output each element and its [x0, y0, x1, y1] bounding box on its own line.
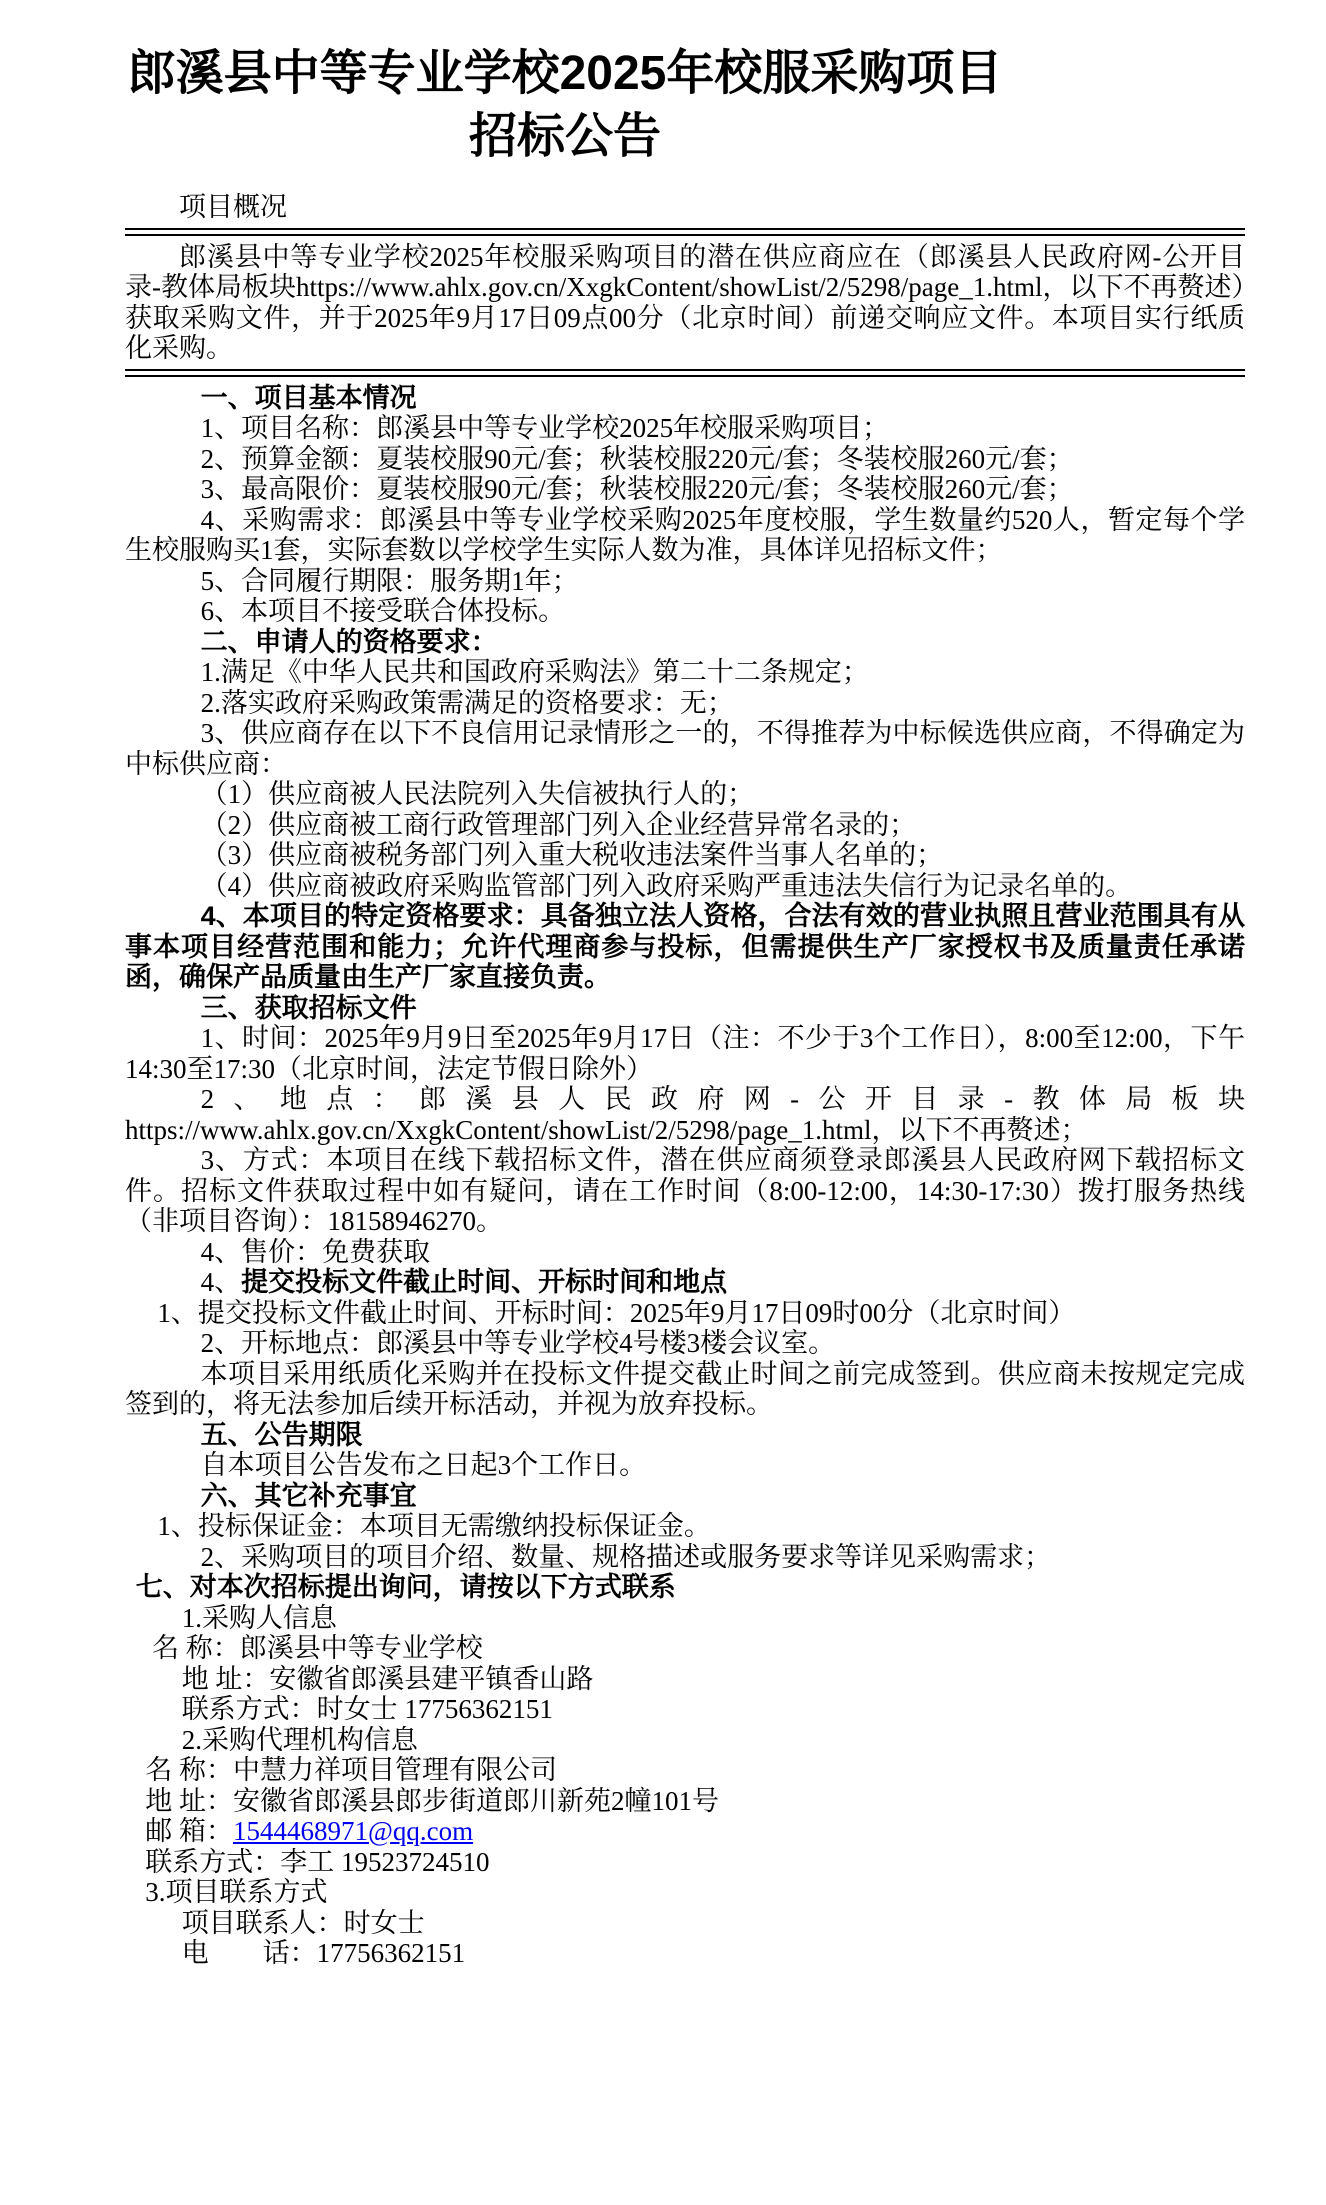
text-line: 4、售价：免费获取 — [125, 1237, 1245, 1268]
text-line: 3、供应商存在以下不良信用记录情形之一的，不得推荐为中标候选供应商，不得确定为中… — [125, 718, 1245, 779]
text-line: 项目联系人：时女士 — [125, 1908, 1245, 1939]
section-heading: 七、对本次招标提出询问，请按以下方式联系 — [125, 1572, 1245, 1603]
section-heading: 4、本项目的特定资格要求：具备独立法人资格，合法有效的营业执照且营业范围具有从事… — [125, 901, 1245, 993]
section-heading: 4、提交投标文件截止时间、开标时间和地点 — [125, 1267, 1245, 1298]
text-line: 2.落实政府采购政策需满足的资格要求：无； — [125, 688, 1245, 719]
text-line: （4）供应商被政府采购监管部门列入政府采购严重违法失信行为记录名单的。 — [125, 871, 1245, 902]
text-line: 3、方式：本项目在线下载招标文件，潜在供应商须登录郎溪县人民政府网下载招标文件。… — [125, 1145, 1245, 1237]
text-line: （3）供应商被税务部门列入重大税收违法案件当事人名单的； — [125, 840, 1245, 871]
section-heading: 六、其它补充事宜 — [125, 1481, 1245, 1512]
text-line: 1、提交投标文件截止时间、开标时间：2025年9月17日09时00分（北京时间） — [125, 1298, 1245, 1329]
text-line: 电 话：17756362151 — [125, 1938, 1245, 1969]
text-line: 自本项目公告发布之日起3个工作日。 — [125, 1450, 1245, 1481]
text-line: 2.采购代理机构信息 — [125, 1725, 1245, 1756]
document-title: 郎溪县中等专业学校2025年校服采购项目 招标公告 — [125, 42, 1005, 168]
email-label: 邮 箱： — [145, 1816, 233, 1846]
text-line: 2、地点：郎溪县人民政府网-公开目录-教体局板块 https://www.ahl… — [125, 1084, 1245, 1145]
announcement-document: 郎溪县中等专业学校2025年校服采购项目 招标公告 项目概况 郎溪县中等专业学校… — [0, 0, 1326, 2205]
text-line: 2、预算金额：夏装校服90元/套；秋装校服220元/套；冬装校服260元/套； — [125, 444, 1245, 475]
text-line: 3、最高限价：夏装校服90元/套；秋装校服220元/套；冬装校服260元/套； — [125, 474, 1245, 505]
overview-label: 项目概况 — [125, 192, 1245, 223]
text-line: 地 址：安徽省郎溪县建平镇香山路 — [125, 1664, 1245, 1695]
text-line: 3.项目联系方式 — [125, 1877, 1245, 1908]
overview-paragraph: 郎溪县中等专业学校2025年校服采购项目的潜在供应商应在（郎溪县人民政府网-公开… — [125, 242, 1245, 364]
document-title-line1: 郎溪县中等专业学校2025年校服采购项目 — [125, 42, 1005, 105]
text-line: 1、时间：2025年9月9日至2025年9月17日（注：不少于3个工作日），8:… — [125, 1023, 1245, 1084]
text-line: （1）供应商被人民法院列入失信被执行人的； — [125, 779, 1245, 810]
text-line: 邮 箱：1544468971@qq.com — [125, 1816, 1245, 1847]
text-line: 1.采购人信息 — [125, 1603, 1245, 1634]
text-line: 本项目采用纸质化采购并在投标文件提交截止时间之前完成签到。供应商未按规定完成签到… — [125, 1359, 1245, 1420]
email-link[interactable]: 1544468971@qq.com — [233, 1816, 473, 1846]
section-heading: 五、公告期限 — [125, 1420, 1245, 1451]
text-line: 4、采购需求：郎溪县中等专业学校采购2025年度校服，学生数量约520人，暂定每… — [125, 505, 1245, 566]
section-heading: 三、获取招标文件 — [125, 993, 1245, 1024]
text-line: 2、开标地点：郎溪县中等专业学校4号楼3楼会议室。 — [125, 1328, 1245, 1359]
text-line: 5、合同履行期限：服务期1年； — [125, 566, 1245, 597]
text-line: 1、项目名称：郎溪县中等专业学校2025年校服采购项目； — [125, 413, 1245, 444]
section-heading: 二、申请人的资格要求： — [125, 627, 1245, 658]
document-title-line2: 招标公告 — [125, 105, 1005, 168]
text-line: 地 址：安徽省郎溪县郎步街道郎川新苑2幢101号 — [125, 1786, 1245, 1817]
text-line: 6、本项目不接受联合体投标。 — [125, 596, 1245, 627]
text-line: 名 称：中慧力祥项目管理有限公司 — [125, 1755, 1245, 1786]
heading-text: 提交投标文件截止时间、开标时间和地点 — [241, 1267, 727, 1297]
text-line: 名 称：郎溪县中等专业学校 — [125, 1633, 1245, 1664]
text-line: 联系方式：时女士 17756362151 — [125, 1694, 1245, 1725]
text-line: 1.满足《中华人民共和国政府采购法》第二十二条规定； — [125, 657, 1245, 688]
text-line: 联系方式：李工 19523724510 — [125, 1847, 1245, 1878]
text-line: 2、采购项目的项目介绍、数量、规格描述或服务要求等详见采购需求； — [125, 1542, 1245, 1573]
document-body: 一、项目基本情况1、项目名称：郎溪县中等专业学校2025年校服采购项目；2、预算… — [125, 383, 1245, 1969]
divider-double-line-top — [125, 228, 1245, 236]
section-heading: 一、项目基本情况 — [125, 383, 1245, 414]
heading-number: 4、 — [201, 1267, 242, 1297]
text-line: （2）供应商被工商行政管理部门列入企业经营异常名录的； — [125, 810, 1245, 841]
divider-double-line-bottom — [125, 369, 1245, 377]
text-line: 1、投标保证金：本项目无需缴纳投标保证金。 — [125, 1511, 1245, 1542]
